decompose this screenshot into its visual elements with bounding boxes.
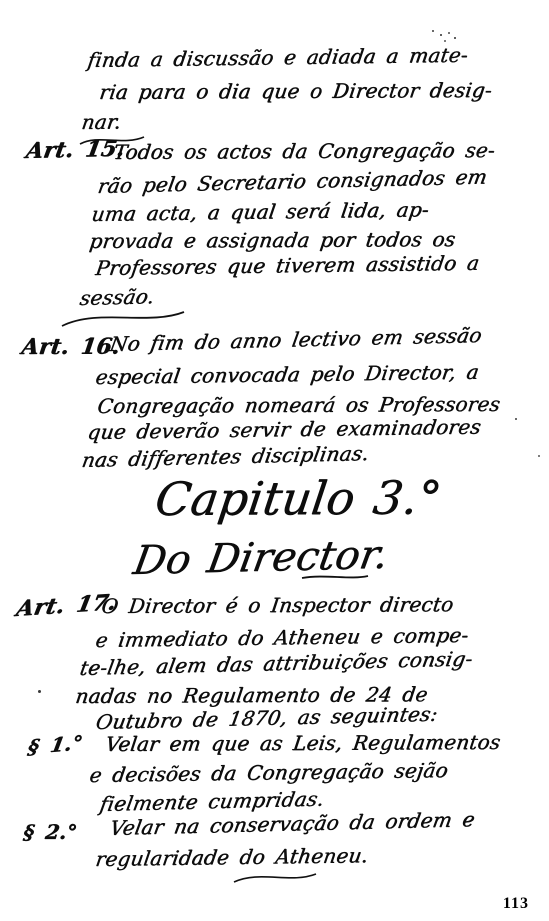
flourish-stroke	[230, 868, 320, 886]
flourish-stroke	[58, 306, 188, 330]
manuscript-page: finda a discussão e adiada a mate- ria p…	[0, 0, 549, 921]
manuscript-line: rão pelo Secretario consignados em	[96, 165, 489, 198]
paragraph-1-label: § 1.°	[26, 730, 85, 759]
manuscript-line: provada e assignada por todos os	[88, 227, 457, 253]
flourish-stroke	[300, 572, 370, 584]
manuscript-line: regularidade do Atheneu.	[94, 843, 370, 871]
paragraph-2-label: § 2.°	[22, 820, 79, 844]
ink-speck-icon	[515, 418, 517, 420]
article-15-label: Art. 15.	[24, 136, 127, 164]
manuscript-line: nas differentes disciplinas.	[80, 441, 371, 472]
chapter-heading: Capitulo 3.°	[152, 471, 445, 526]
manuscript-line: Professores que tiverem assistido a	[94, 251, 481, 280]
article-16-label: Art. 16.	[20, 333, 122, 360]
manuscript-line: ria para o dia que o Director desig-	[98, 78, 494, 104]
manuscript-line: que deverão servir de examinadores	[86, 415, 483, 444]
manuscript-line: finda a discussão e adiada a mate-	[86, 43, 470, 72]
ink-speck-icon	[538, 455, 540, 457]
manuscript-line: especial convocada pelo Director, a	[94, 360, 481, 389]
manuscript-line: O Director é o Inspector directo	[100, 592, 455, 618]
manuscript-line: uma acta, a qual será lida, ap-	[90, 197, 431, 226]
manuscript-line: e decisões da Congregação sejão	[88, 758, 450, 787]
manuscript-line: Todos os actos da Congregação se-	[112, 138, 497, 164]
manuscript-line: Velar em que as Leis, Regulamentos	[104, 730, 502, 756]
manuscript-line: Congregação nomeará os Professores	[96, 392, 502, 418]
page-number: 113	[503, 895, 529, 913]
ink-speck-icon	[38, 690, 41, 693]
ink-specks-icon	[432, 30, 434, 32]
manuscript-line: te-lhe, alem das attribuições consig-	[78, 646, 475, 680]
manuscript-line: nar.	[80, 109, 123, 134]
